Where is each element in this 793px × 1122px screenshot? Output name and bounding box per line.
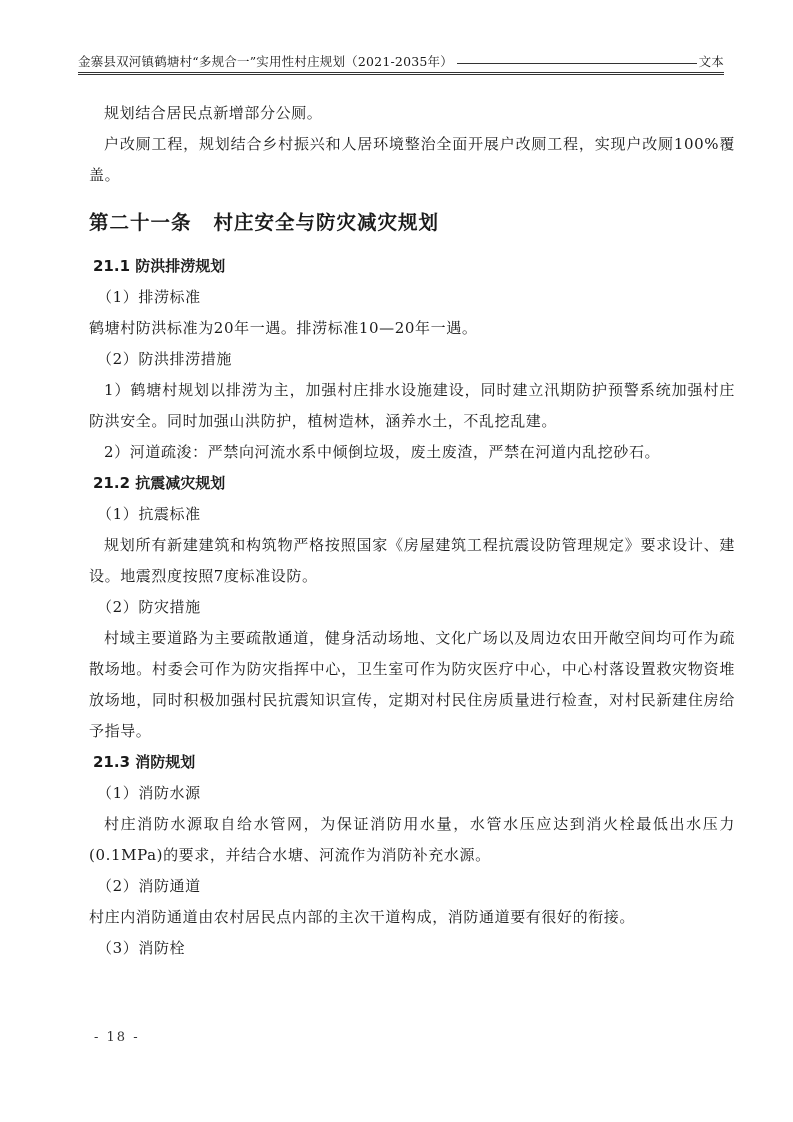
article-title: 村庄安全与防灾减灾规划 bbox=[214, 211, 440, 234]
paragraph: 2）河道疏浚：严禁向河流水系中倾倒垃圾，废土废渣，严禁在河道内乱挖砂石。 bbox=[89, 437, 735, 468]
article-heading: 第二十一条村庄安全与防灾减灾规划 bbox=[89, 209, 735, 237]
subheading: （3）消防栓 bbox=[89, 933, 735, 964]
header-title: 金寨县双河镇鹤塘村“多规合一”实用性村庄规划（2021-2035年） bbox=[78, 54, 453, 70]
page-number: - 18 - bbox=[94, 1030, 140, 1045]
document-body: 规划结合居民点新增部分公厕。 户改厕工程，规划结合乡村振兴和人居环境整治全面开展… bbox=[89, 98, 735, 964]
paragraph: 村庄消防水源取自给水管网，为保证消防用水量，水管水压应达到消火栓最低出水压力(0… bbox=[89, 809, 735, 871]
section-heading: 21.2 抗震减灾规划 bbox=[89, 468, 735, 499]
paragraph: 村庄内消防通道由农村居民点内部的主次干道构成，消防通道要有很好的衔接。 bbox=[89, 902, 735, 933]
section-heading: 21.3 消防规划 bbox=[89, 747, 735, 778]
header-rule bbox=[457, 63, 697, 64]
subheading: （2）防洪排涝措施 bbox=[89, 344, 735, 375]
subheading: （1）排涝标准 bbox=[89, 282, 735, 313]
subheading: （2）防灾措施 bbox=[89, 592, 735, 623]
paragraph: 规划所有新建建筑和构筑物严格按照国家《房屋建筑工程抗震设防管理规定》要求设计、建… bbox=[89, 530, 735, 592]
subheading: （1）抗震标准 bbox=[89, 499, 735, 530]
section-heading: 21.1 防洪排涝规划 bbox=[89, 251, 735, 282]
paragraph: 规划结合居民点新增部分公厕。 bbox=[89, 98, 735, 129]
paragraph: 村域主要道路为主要疏散通道，健身活动场地、文化广场以及周边农田开敞空间均可作为疏… bbox=[89, 623, 735, 747]
article-number: 第二十一条 bbox=[89, 211, 192, 234]
subheading: （2）消防通道 bbox=[89, 871, 735, 902]
paragraph: 鹤塘村防洪标准为20年一遇。排涝标准10—20年一遇。 bbox=[89, 313, 735, 344]
paragraph: 1）鹤塘村规划以排涝为主，加强村庄排水设施建设，同时建立汛期防护预警系统加强村庄… bbox=[89, 375, 735, 437]
paragraph: 户改厕工程，规划结合乡村振兴和人居环境整治全面开展户改厕工程，实现户改厕100%… bbox=[89, 129, 735, 191]
header-suffix: 文本 bbox=[699, 54, 724, 70]
page-header: 金寨县双河镇鹤塘村“多规合一”实用性村庄规划（2021-2035年） 文本 bbox=[78, 54, 724, 75]
subheading: （1）消防水源 bbox=[89, 778, 735, 809]
